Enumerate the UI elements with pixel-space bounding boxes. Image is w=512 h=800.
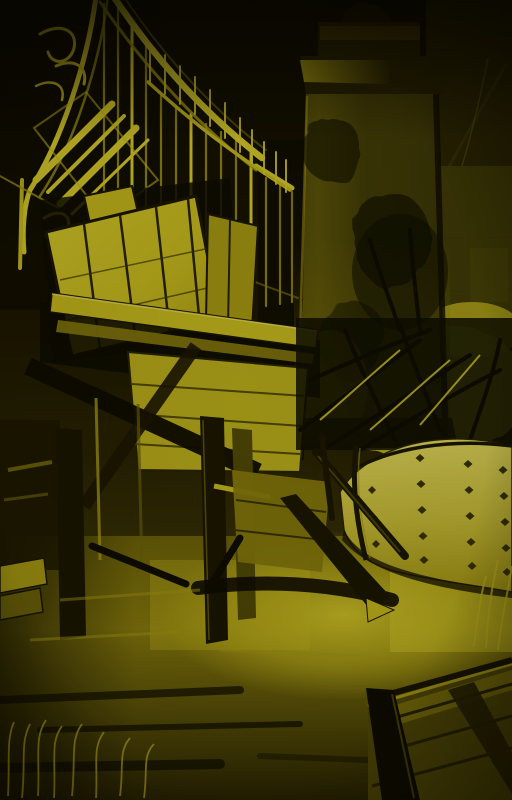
atmosphere [0, 0, 512, 800]
scene-canvas [0, 0, 512, 800]
game-scene-screenshot [0, 0, 512, 800]
film-grain [0, 0, 512, 800]
